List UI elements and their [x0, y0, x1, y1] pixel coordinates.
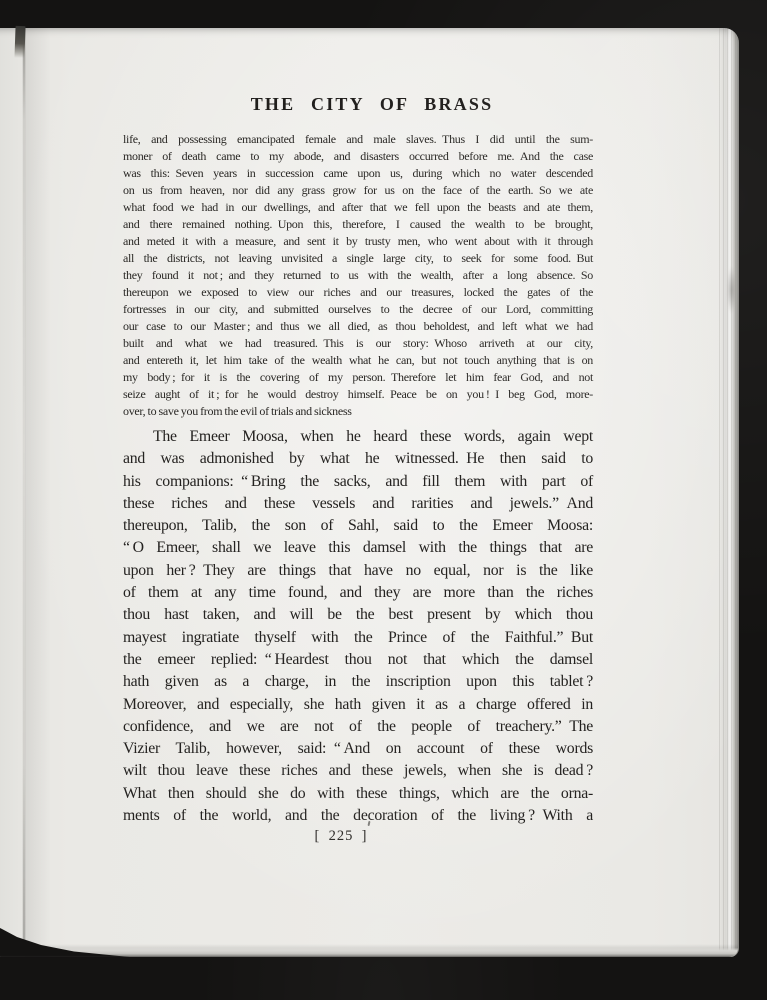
body-line: mayest ingratiate thyself with the Princ…	[123, 627, 593, 649]
body-line: these riches and these vessels and rarit…	[123, 493, 593, 515]
body-line: wilt thou leave these riches and these j…	[123, 760, 593, 782]
body-line: hath given as a charge, in the inscripti…	[123, 671, 593, 693]
inscription-line: they found it not ; and they returned to…	[123, 267, 593, 284]
page-edge-smudge	[727, 266, 736, 314]
inscription-line: seize aught of it ; for he would destroy…	[123, 386, 593, 403]
body-line: and was admonished by what he witnessed.…	[123, 448, 593, 470]
body-line: ments of the world, and the decoration o…	[123, 805, 593, 827]
inscription-line: and entereth it, let him take of the wea…	[123, 352, 593, 369]
body-line: What then should she do with these thing…	[123, 783, 593, 805]
page-number: [ 225 ]	[106, 828, 576, 845]
chapter-title: THE CITY OF BRASS	[137, 94, 607, 115]
inscription-line: was this: Seven years in succession came…	[123, 165, 593, 182]
inscription-line: built and what we had treasured. This is…	[123, 335, 593, 352]
body-line: his companions: “ Bring the sacks, and f…	[123, 471, 593, 493]
body-line: confidence, and we are not of the people…	[123, 716, 593, 738]
inscription-line: life, and possessing emancipated female …	[123, 131, 593, 148]
gutter-shading	[25, 28, 51, 957]
body-line: Vizier Talib, however, said: “ And on ac…	[123, 738, 593, 760]
page-edge-bottom	[0, 944, 738, 957]
inscription-line: and meted it with a measure, and sent it…	[123, 233, 593, 250]
inscription-line: over, to save you from the evil of trial…	[123, 403, 593, 420]
inscription-line: all the districts, not leaving unvisited…	[123, 250, 593, 267]
body-line: “ O Emeer, shall we leave this damsel wi…	[123, 537, 593, 559]
body-line: Moreover, and especially, she hath given…	[123, 694, 593, 716]
inscription-line: fortresses in our city, and submitted ou…	[123, 301, 593, 318]
inscription-line: our case to our Master ; and thus we all…	[123, 318, 593, 335]
binding-mark	[14, 26, 25, 58]
body-line: the emeer replied: “ Heardest thou not t…	[123, 649, 593, 671]
inscription-line: what food we had in our dwellings, and a…	[123, 199, 593, 216]
body-line: upon her ? They are things that have no …	[123, 560, 593, 582]
body-paragraph: The Emeer Moosa, when he heard these wor…	[123, 426, 593, 827]
gutter-fold-line	[23, 28, 25, 949]
inscription-line: and there remained nothing. Upon this, t…	[123, 216, 593, 233]
body-line: thereupon, Talib, the son of Sahl, said …	[123, 515, 593, 537]
inscription-paragraph: life, and possessing emancipated female …	[123, 131, 593, 420]
body-line: of them at any time found, and they are …	[123, 582, 593, 604]
book-photo: THE CITY OF BRASS life, and possessing e…	[0, 0, 767, 1000]
inscription-line: thereupon we exposed to view our riches …	[123, 284, 593, 301]
inscription-line: my body ; for it is the covering of my p…	[123, 369, 593, 386]
body-line: thou hast taken, and will be the best pr…	[123, 604, 593, 626]
book-page: THE CITY OF BRASS life, and possessing e…	[0, 28, 739, 957]
body-line: The Emeer Moosa, when he heard these wor…	[123, 426, 593, 448]
page-edge-right	[719, 28, 739, 957]
inscription-line: on us from heaven, nor did any grass gro…	[123, 182, 593, 199]
inscription-line: moner of death came to my abode, and dis…	[123, 148, 593, 165]
